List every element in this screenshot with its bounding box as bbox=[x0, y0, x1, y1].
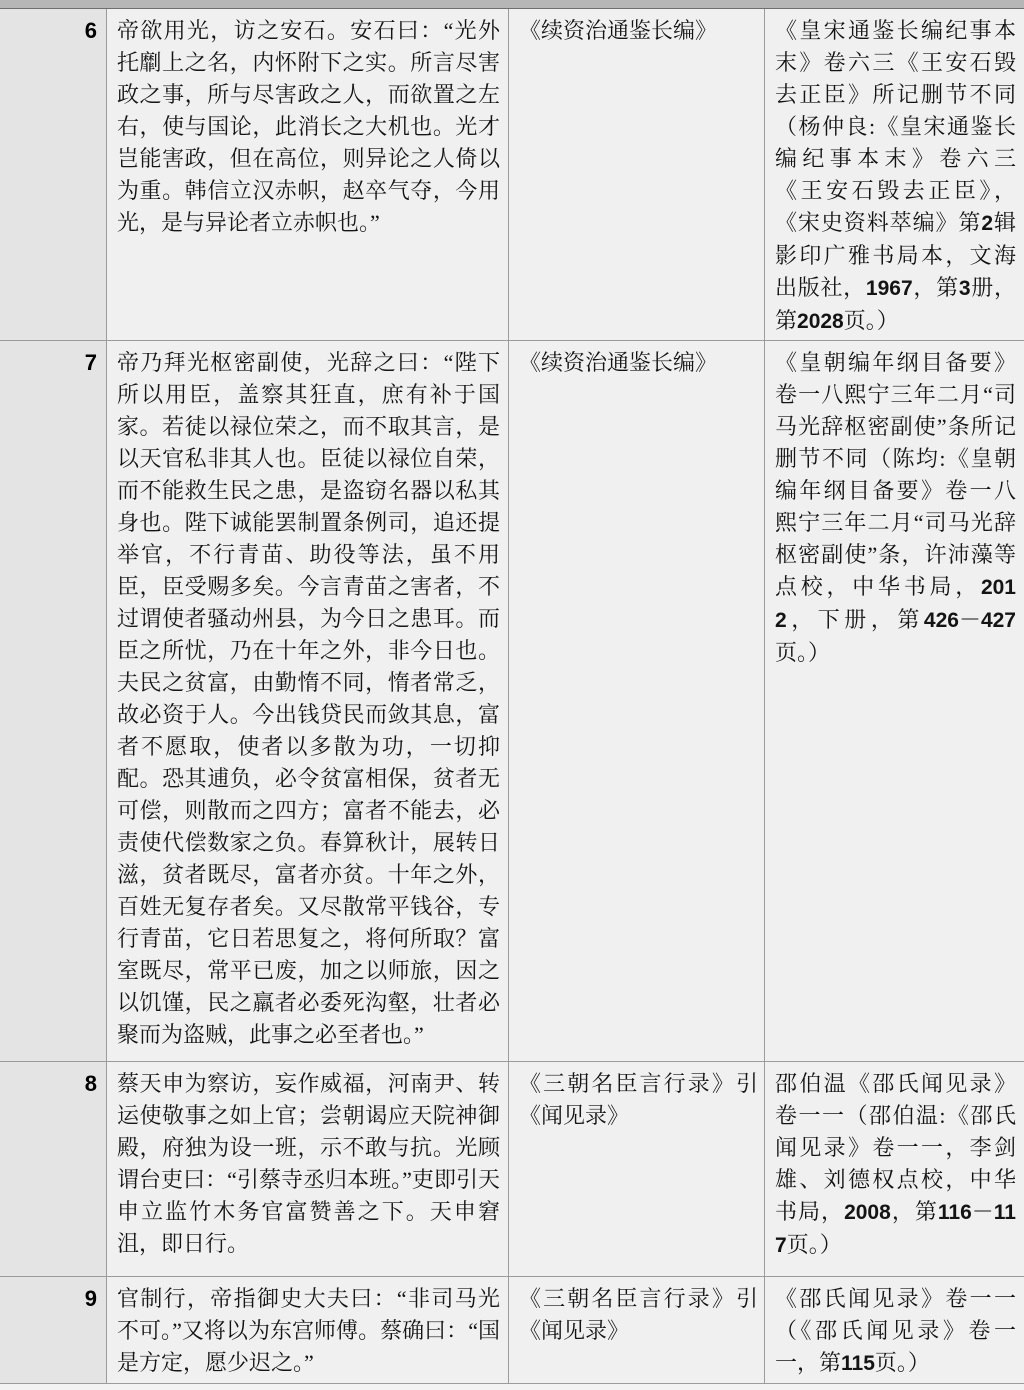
quote-text-cell: 蔡天申为察访，妄作威福，河南尹、转运使敬事之如上官；尝朝谒应天院神御殿，府独为设… bbox=[107, 1062, 509, 1276]
citation-notes-cell: 《皇朝编年纲目备要》卷一八熙宁三年二月“司马光辞枢密副使”条所记删节不同（陈均:… bbox=[765, 341, 1024, 1061]
row-number-cell: 6 bbox=[0, 9, 107, 340]
citation-table: 6 帝欲用光，访之安石。安石曰：“光外托劘上之名，内怀附下之实。所言尽害政之事，… bbox=[0, 8, 1024, 1384]
quote-text-cell: 官制行，帝指御史大夫曰：“非司马光不可。”又将以为东宫师傅。蔡确曰：“国是方定，… bbox=[107, 1277, 509, 1383]
quote-text-cell: 帝欲用光，访之安石。安石曰：“光外托劘上之名，内怀附下之实。所言尽害政之事，所与… bbox=[107, 9, 509, 340]
citation-notes-cell: 《皇宋通鉴长编纪事本末》卷六三《王安石毁去正臣》所记删节不同（杨仲良:《皇宋通鉴… bbox=[765, 9, 1024, 340]
table-row: 6 帝欲用光，访之安石。安石曰：“光外托劘上之名，内怀附下之实。所言尽害政之事，… bbox=[0, 9, 1024, 341]
row-number-cell: 9 bbox=[0, 1277, 107, 1383]
table-row: 7 帝乃拜光枢密副使，光辞之曰：“陛下所以用臣，盖察其狂直，庶有补于国家。若徒以… bbox=[0, 341, 1024, 1062]
row-number-cell: 7 bbox=[0, 341, 107, 1061]
table-row: 8 蔡天申为察访，妄作威福，河南尹、转运使敬事之如上官；尝朝谒应天院神御殿，府独… bbox=[0, 1062, 1024, 1277]
source-title-cell: 《续资治通鉴长编》 bbox=[509, 9, 765, 340]
citation-notes-cell: 《邵氏闻见录》卷一一（《邵氏闻见录》卷一一，第115页。） bbox=[765, 1277, 1024, 1383]
citation-notes-cell: 邵伯温《邵氏闻见录》卷一一（邵伯温:《邵氏闻见录》卷一一，李剑雄、刘德权点校，中… bbox=[765, 1062, 1024, 1276]
row-number-cell: 8 bbox=[0, 1062, 107, 1276]
source-title-cell: 《续资治通鉴长编》 bbox=[509, 341, 765, 1061]
table-row: 9 官制行，帝指御史大夫曰：“非司马光不可。”又将以为东宫师傅。蔡确曰：“国是方… bbox=[0, 1277, 1024, 1384]
page-top-strip bbox=[0, 0, 1024, 8]
quote-text-cell: 帝乃拜光枢密副使，光辞之曰：“陛下所以用臣，盖察其狂直，庶有补于国家。若徒以禄位… bbox=[107, 341, 509, 1061]
source-title-cell: 《三朝名臣言行录》引《闻见录》 bbox=[509, 1062, 765, 1276]
source-title-cell: 《三朝名臣言行录》引《闻见录》 bbox=[509, 1277, 765, 1383]
